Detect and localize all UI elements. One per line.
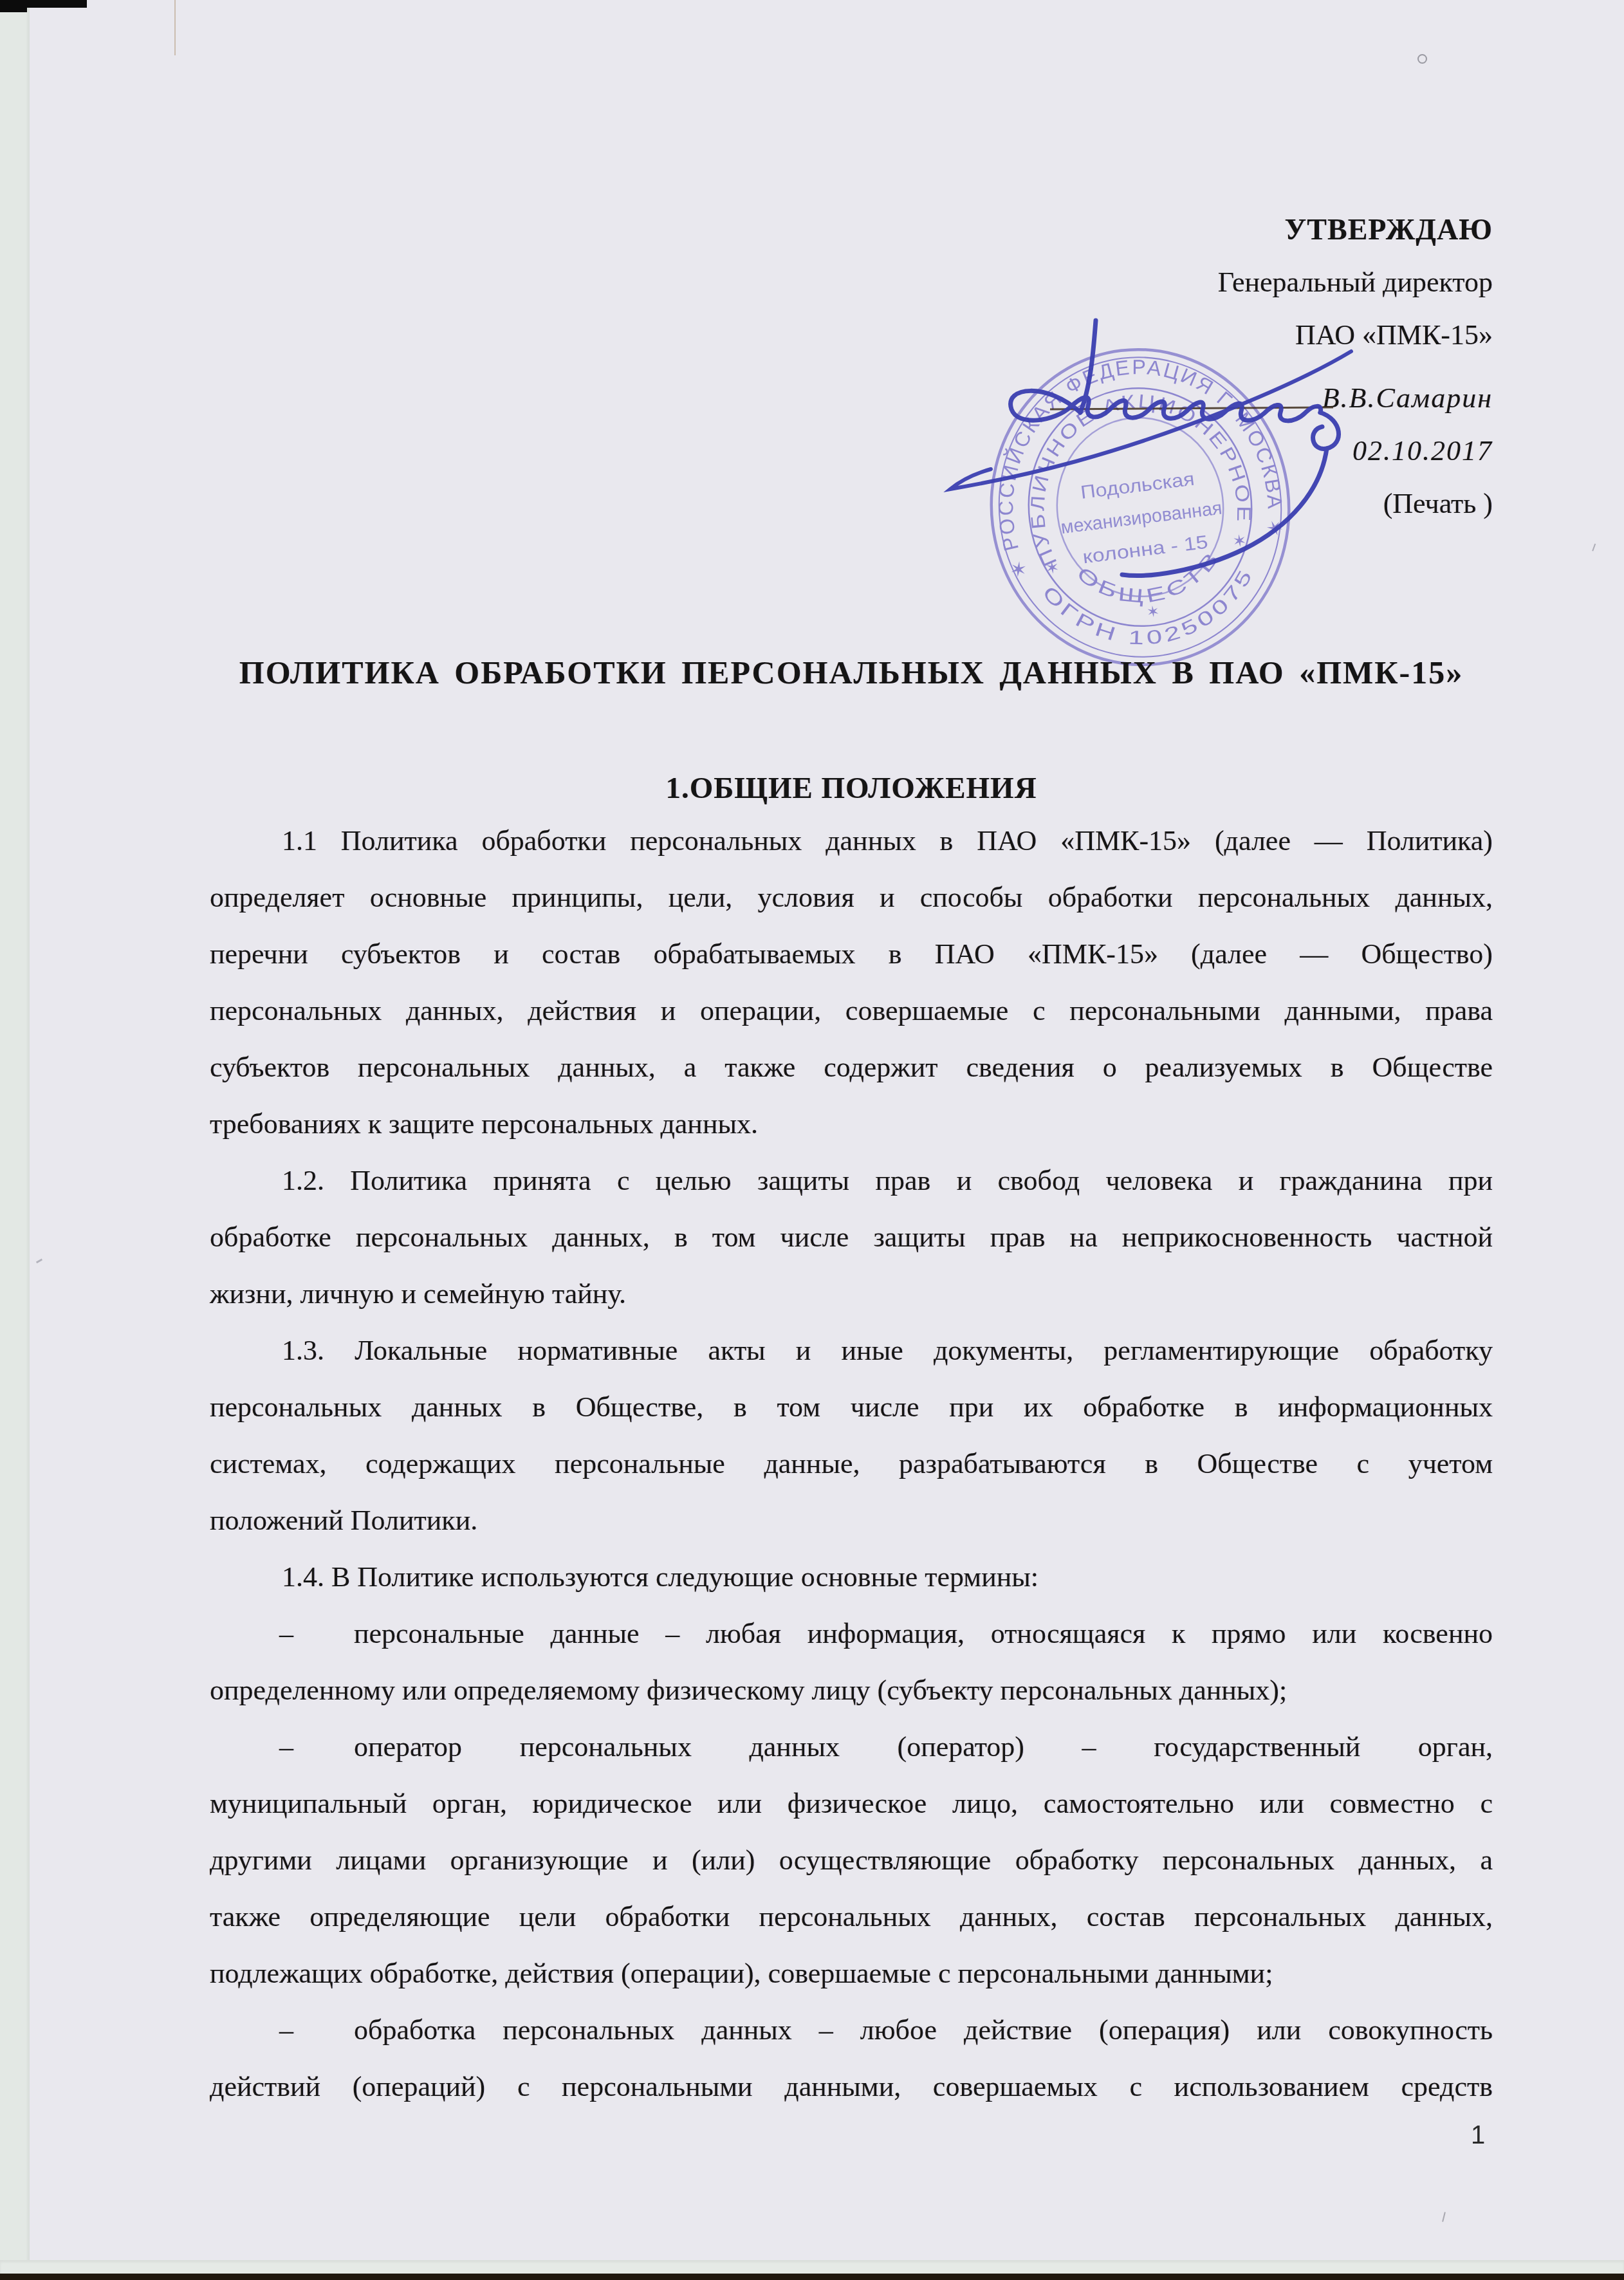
text-line: системах, содержащих персональные данные… (210, 1436, 1493, 1492)
approval-label: УТВЕРЖДАЮ (1218, 203, 1493, 256)
text-line: 1.3. Локальные нормативные акты и иные д… (210, 1322, 1493, 1379)
scan-speck (1442, 2212, 1446, 2222)
text-line: субъектов персональных данных, а также с… (210, 1039, 1493, 1096)
text-line: 1.4. В Политике используются следующие о… (210, 1549, 1493, 1606)
text-line: требованиях к защите персональных данных… (210, 1096, 1493, 1153)
text-line: муниципальный орган, юридическое или физ… (210, 1775, 1493, 1832)
text-line: –обработка персональных данных – любое д… (210, 2002, 1493, 2059)
page-number: 1 (1471, 2121, 1485, 2150)
scan-scratch (174, 0, 176, 55)
bullet-dash: – (279, 2002, 354, 2059)
text-line: также определяющие цели обработки персон… (210, 1889, 1493, 1945)
text-line: перечни субъектов и состав обрабатываемы… (210, 926, 1493, 983)
bullet-dash: – (279, 1606, 354, 1662)
text-line: жизни, личную и семейную тайну. (210, 1266, 1493, 1322)
text-line: определяет основные принципы, цели, усло… (210, 869, 1493, 926)
scan-speck (1417, 54, 1427, 64)
scan-speck (36, 1259, 42, 1264)
text-line: –персональные данные – любая информация,… (210, 1606, 1493, 1662)
scanned-document-page: УТВЕРЖДАЮ Генеральный директор ПАО «ПМК-… (0, 0, 1624, 2280)
text-line: 1.1 Политика обработки персональных данн… (210, 813, 1493, 869)
text-line: –оператор персональных данных (оператор)… (210, 1719, 1493, 1775)
text-line: действий (операций) с персональными данн… (210, 2059, 1493, 2115)
signature-ink (914, 301, 1390, 604)
text-line: 1.2. Политика принята с целью защиты пра… (210, 1153, 1493, 1209)
stamp-star-bottom: ✶ (1145, 603, 1160, 622)
scan-corner-mark (0, 0, 27, 12)
text-line: подлежащих обработке, действия (операции… (210, 1945, 1493, 2002)
text-line: персональных данных, действия и операции… (210, 983, 1493, 1039)
scanner-edge-shadow (0, 2274, 1624, 2280)
text-line: обработке персональных данных, в том чис… (210, 1209, 1493, 1266)
scanner-edge-bottom (0, 2260, 1624, 2274)
document-title: ПОЛИТИКА ОБРАБОТКИ ПЕРСОНАЛЬНЫХ ДАННЫХ В… (210, 653, 1493, 692)
bullet-dash: – (279, 1719, 354, 1775)
section-heading: 1.ОБЩИЕ ПОЛОЖЕНИЯ (210, 770, 1493, 807)
text-line: определенному или определяемому физическ… (210, 1662, 1493, 1719)
scan-speck (1592, 544, 1601, 553)
text-line: другими лицами организующие и (или) осущ… (210, 1832, 1493, 1889)
scanner-edge-left (0, 0, 30, 2263)
document-body: 1.1 Политика обработки персональных данн… (210, 813, 1493, 2115)
text-line: положений Политики. (210, 1492, 1493, 1549)
text-line: персональных данных в Обществе, в том чи… (210, 1379, 1493, 1436)
